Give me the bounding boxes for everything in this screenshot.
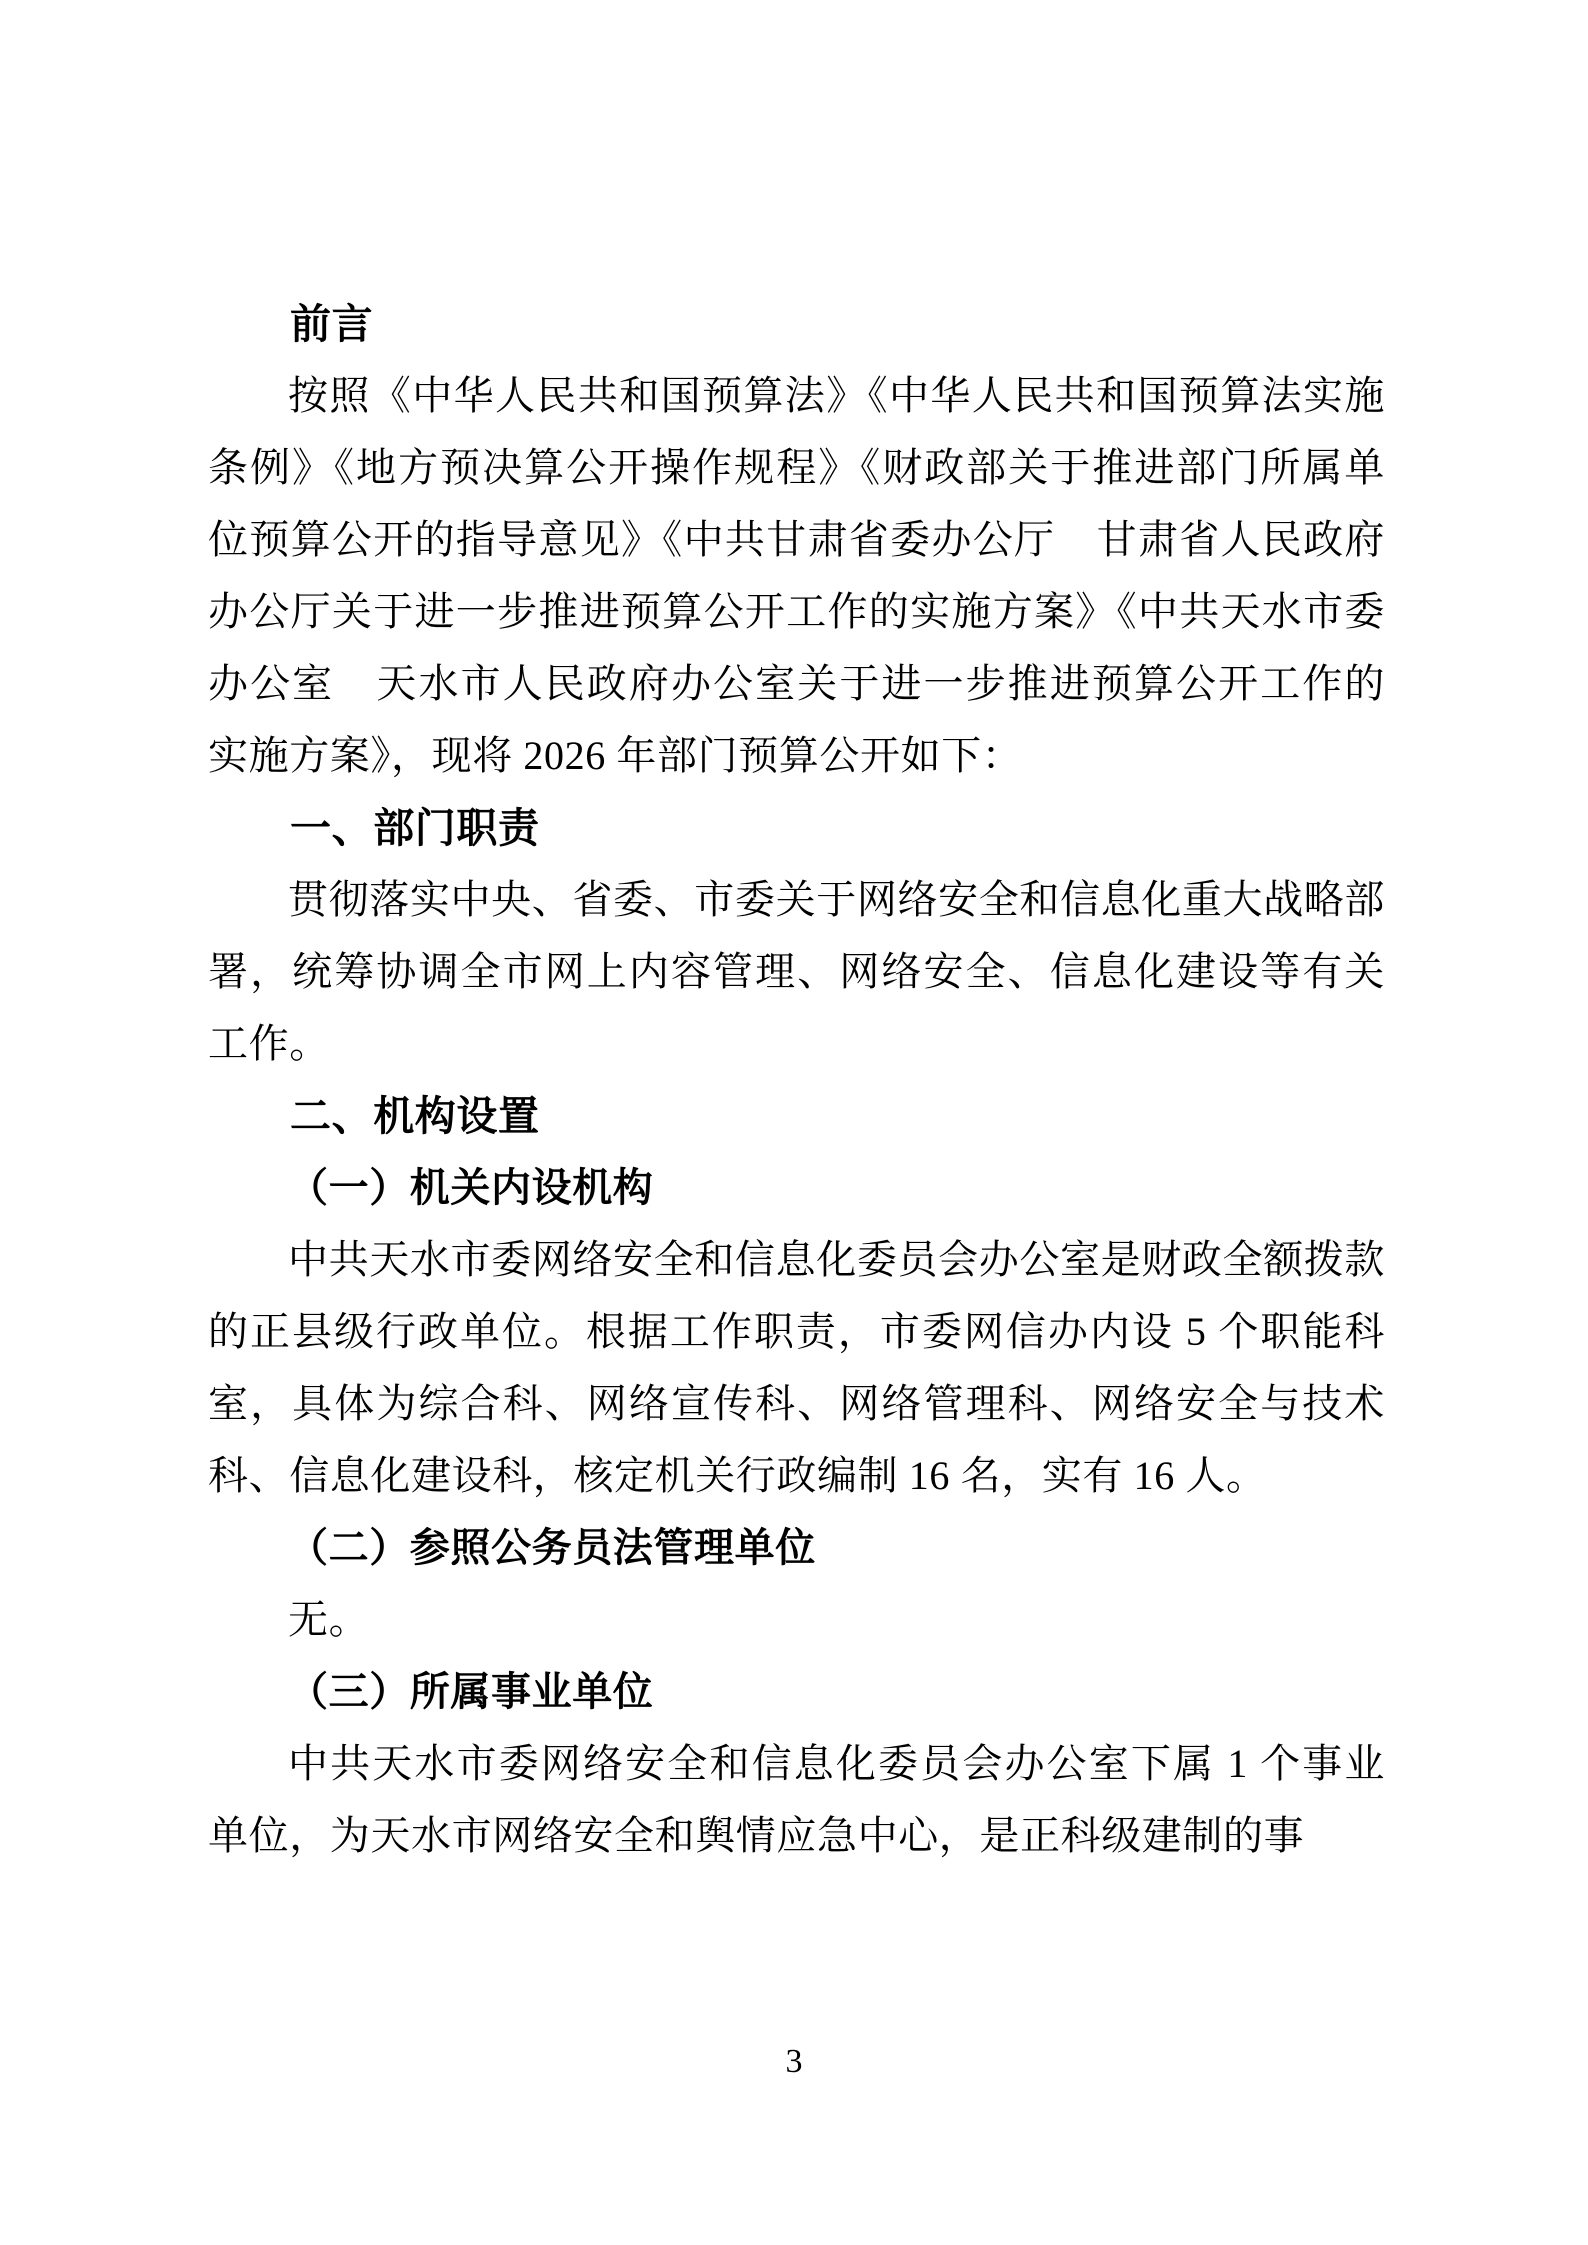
paragraph-subordinate-institutions: 中共天水市委网络安全和信息化委员会办公室下属 1 个事业单位，为天水市网络安全和… bbox=[208, 1728, 1385, 1872]
paragraph-internal-organs: 中共天水市委网络安全和信息化委员会办公室是财政全额拨款的正县级行政单位。根据工作… bbox=[208, 1224, 1385, 1512]
section-heading-department-duties: 一、部门职责 bbox=[208, 792, 1385, 864]
paragraph-department-duties: 贯彻落实中央、省委、市委关于网络安全和信息化重大战略部署，统筹协调全市网上内容管… bbox=[208, 864, 1385, 1080]
page-number: 3 bbox=[0, 2042, 1588, 2082]
paragraph-legal-basis: 按照《中华人民共和国预算法》《中华人民共和国预算法实施条例》《地方预决算公开操作… bbox=[208, 360, 1385, 792]
section-heading-organization-setup: 二、机构设置 bbox=[208, 1080, 1385, 1152]
paragraph-none: 无。 bbox=[208, 1584, 1385, 1656]
subsection-heading-subordinate-institutions: （三）所属事业单位 bbox=[208, 1656, 1385, 1728]
subsection-heading-internal-organs: （一）机关内设机构 bbox=[208, 1152, 1385, 1224]
subsection-heading-civil-servant-law-units: （二）参照公务员法管理单位 bbox=[208, 1512, 1385, 1584]
preface-heading: 前言 bbox=[208, 288, 1385, 360]
document-body: 前言 按照《中华人民共和国预算法》《中华人民共和国预算法实施条例》《地方预决算公… bbox=[208, 288, 1385, 1872]
